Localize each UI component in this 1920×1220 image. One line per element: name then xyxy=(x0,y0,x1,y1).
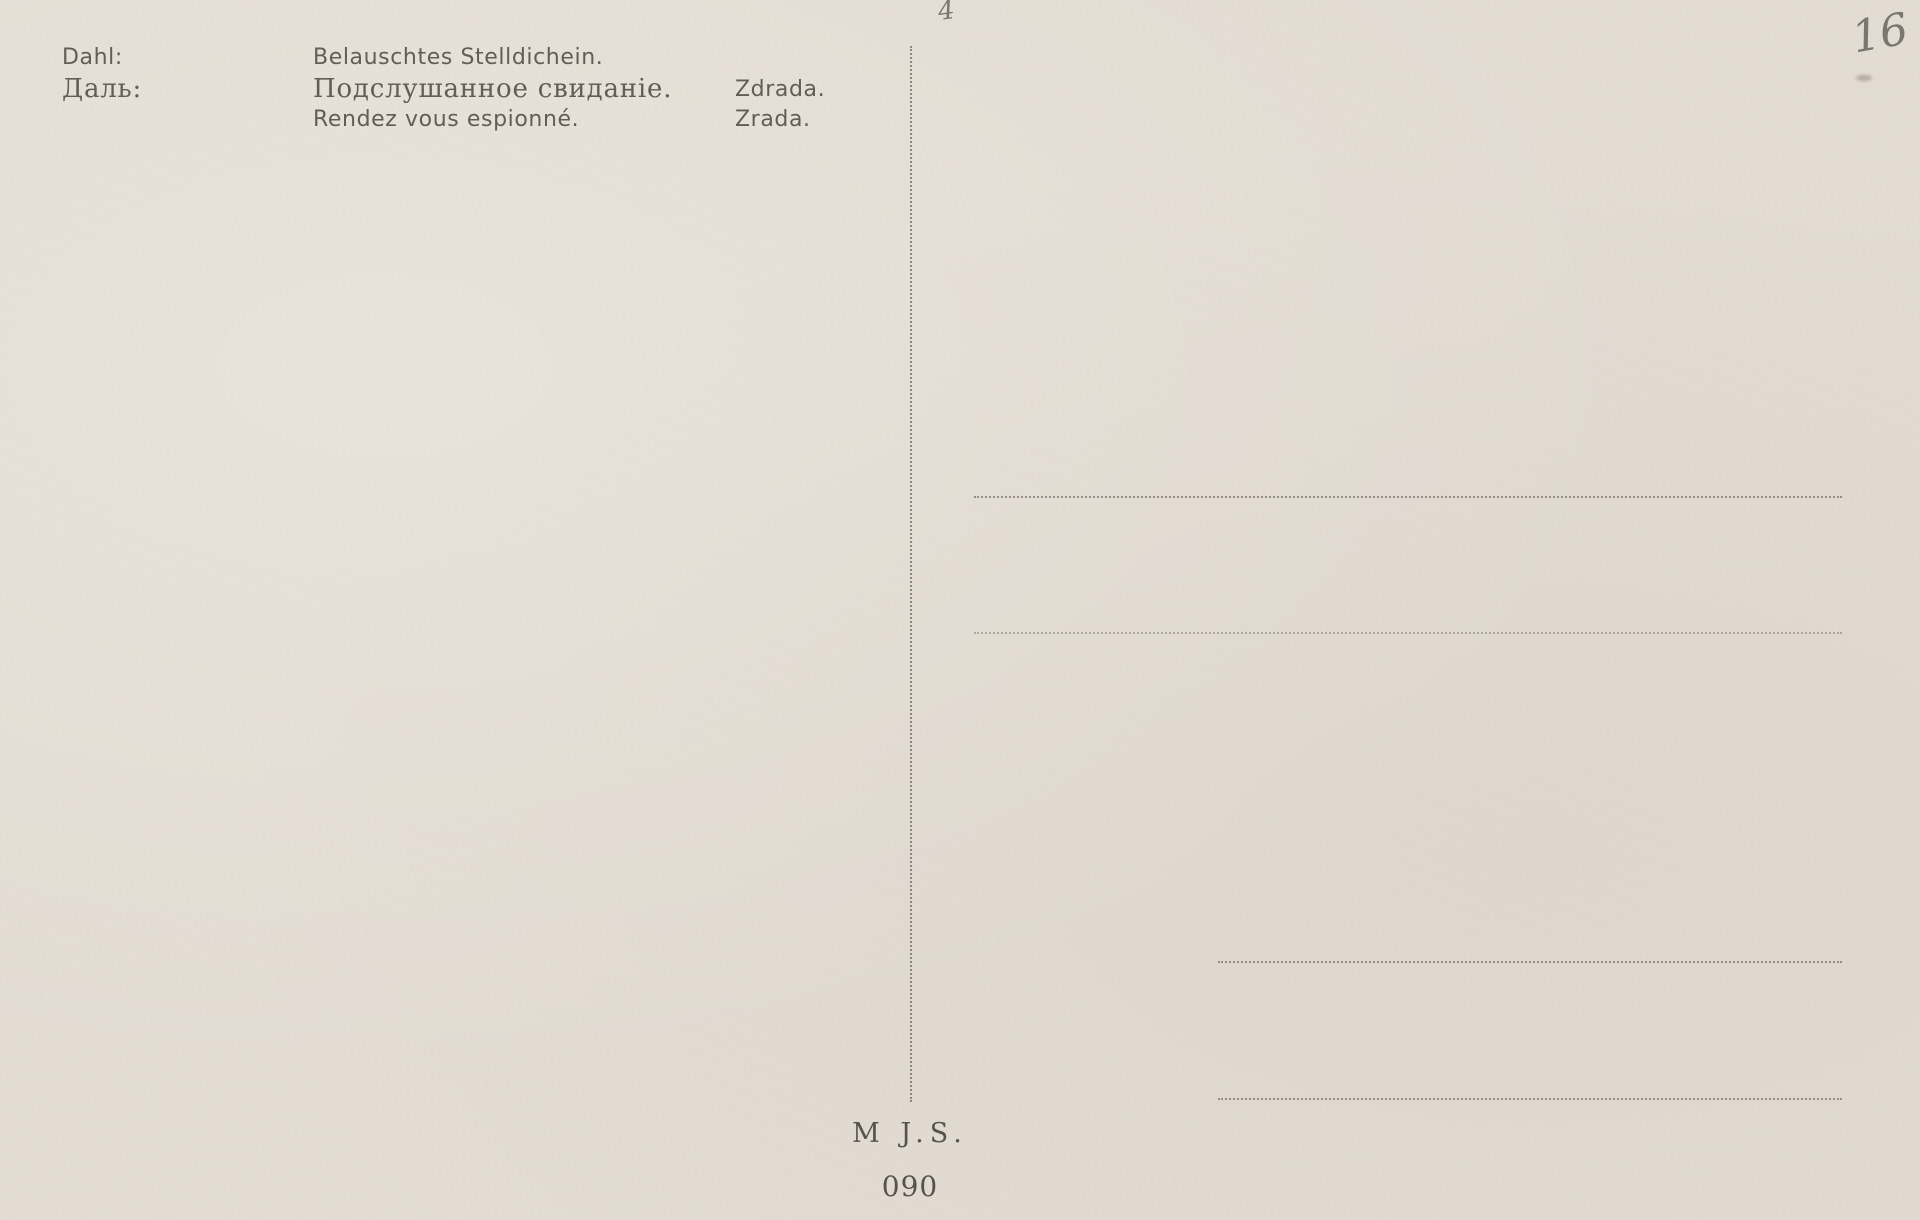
address-line-2 xyxy=(974,632,1842,634)
title-french: Rendez vous espionné. xyxy=(313,107,579,132)
address-line-3 xyxy=(1218,961,1842,963)
title-german: Belauschtes Stelldichein. xyxy=(313,45,603,70)
handwritten-mark: 4 xyxy=(936,0,957,27)
card-number: 090 xyxy=(0,1170,1820,1203)
publisher-monogram: M J.S. xyxy=(0,1118,1820,1149)
title-czech: Zrada. xyxy=(735,107,811,132)
title-polish: Zdrada. xyxy=(735,77,825,102)
address-line-1 xyxy=(974,496,1842,498)
address-line-4 xyxy=(1218,1098,1842,1100)
postcard-back: Dahl: Даль: Belauschtes Stelldichein. По… xyxy=(0,0,1920,1220)
title-russian: Подслушанное свиданіе. xyxy=(313,74,672,104)
handwritten-number: 16 xyxy=(1848,4,1912,64)
pencil-smudge xyxy=(1856,75,1872,81)
artist-name-german: Dahl: xyxy=(62,45,123,70)
center-divider-line xyxy=(910,46,912,1102)
artist-name-russian: Даль: xyxy=(62,74,142,104)
